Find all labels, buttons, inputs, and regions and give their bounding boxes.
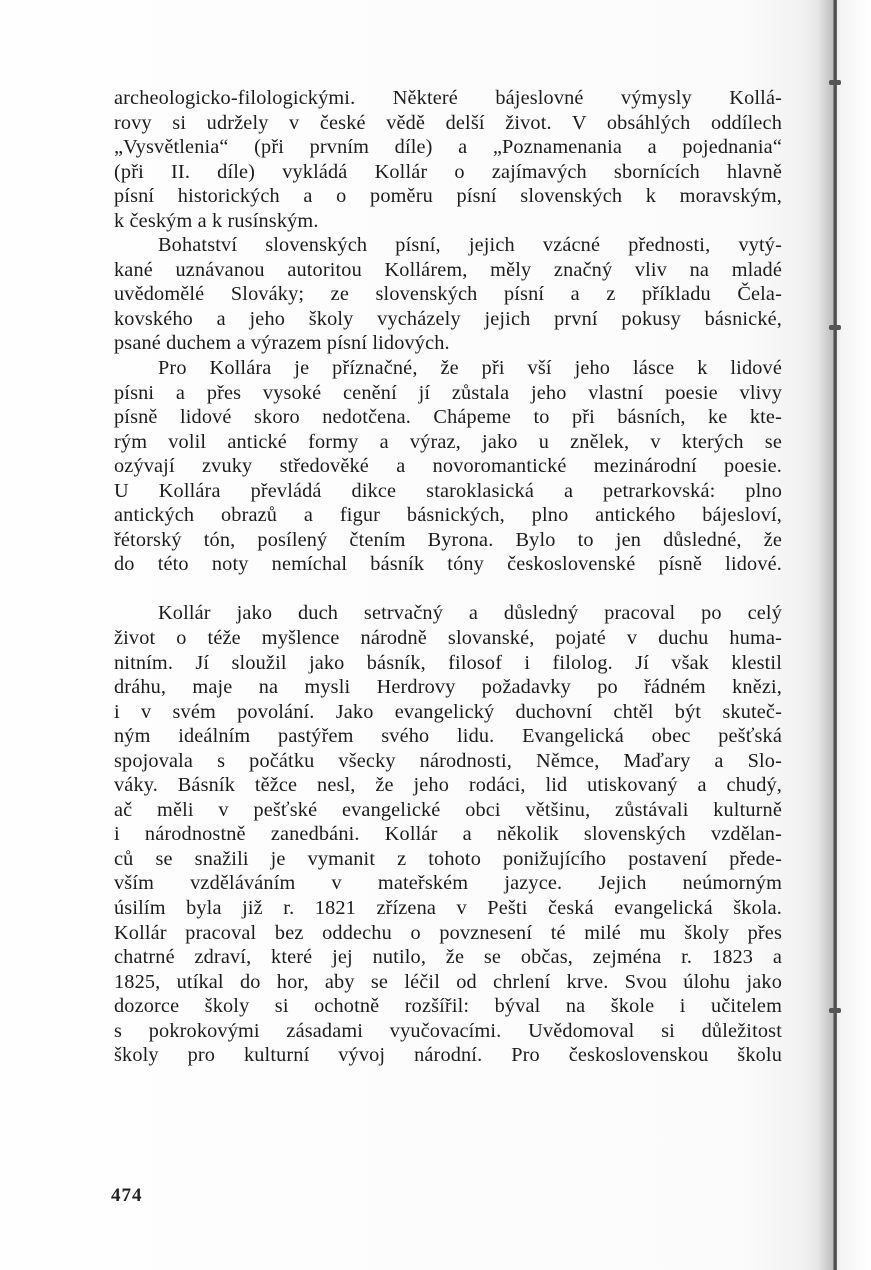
paragraph-4: Kollár jako duch setrvačný a důsledný pr… xyxy=(114,601,782,1067)
text-line: (při II. díle) vykládá Kollár o zajímavý… xyxy=(114,160,782,185)
binding-stitch xyxy=(829,325,841,330)
text-line: chatrné zdraví, které jej nutilo, že se … xyxy=(114,945,782,970)
text-line: úsilím byla již r. 1821 zřízena v Pešti … xyxy=(114,896,782,921)
binding-shadow xyxy=(818,0,834,1270)
text-line: vším vzděláváním v mateřském jazyce. Jej… xyxy=(114,871,782,896)
text-line: kané uznávanou autoritou Kollárem, měly … xyxy=(114,258,782,283)
text-line: Bohatství slovenských písní, jejich vzác… xyxy=(114,233,782,258)
section-gap xyxy=(114,577,782,602)
text-line: rým volil antické formy a výraz, jako u … xyxy=(114,430,782,455)
text-line: písní historických a o poměru písní slov… xyxy=(114,184,782,209)
text-line: písně lidové skoro nedotčena. Chápeme to… xyxy=(114,405,782,430)
text-line: písni a přes vysoké cenění jí zůstala je… xyxy=(114,381,782,406)
text-line: ač měli v pešťské evangelické obci větši… xyxy=(114,798,782,823)
text-line: antických obrazů a figur básnických, pln… xyxy=(114,503,782,528)
text-line: do této noty nemíchal básník tóny českos… xyxy=(114,552,782,577)
text-line: U Kollára převládá dikce staroklasická a… xyxy=(114,479,782,504)
text-line: Pro Kollára je příznačné, že při vší jeh… xyxy=(114,356,782,381)
text-line: archeologicko-filologickými. Některé báj… xyxy=(114,86,782,111)
text-line: Kollár jako duch setrvačný a důsledný pr… xyxy=(114,601,782,626)
text-line: ným ideálním pastýřem svého lidu. Evange… xyxy=(114,724,782,749)
text-line: školy pro kulturní vývoj národní. Pro če… xyxy=(114,1043,782,1068)
text-line: dráhu, maje na mysli Herdrovy požadavky … xyxy=(114,675,782,700)
binding-stitch xyxy=(829,80,841,85)
page-binding-edge xyxy=(833,0,837,1270)
body-text: archeologicko-filologickými. Některé báj… xyxy=(114,86,782,1068)
text-line: psané duchem a výrazem písní lidových. xyxy=(114,331,782,356)
page-number: 474 xyxy=(111,1185,143,1207)
text-line: život o téže myšlence národně slovanské,… xyxy=(114,626,782,651)
text-line: nitním. Jí sloužil jako básník, filosof … xyxy=(114,651,782,676)
text-line: s pokrokovými zásadami vyučovacími. Uvěd… xyxy=(114,1019,782,1044)
text-line: „Vysvětlenia“ (při prvním díle) a „Pozna… xyxy=(114,135,782,160)
paragraph-3: Pro Kollára je příznačné, že při vší jeh… xyxy=(114,356,782,577)
text-line: Kollár pracoval bez oddechu o povznesení… xyxy=(114,921,782,946)
text-line: dozorce školy si ochotně rozšířil: býval… xyxy=(114,994,782,1019)
text-line: váky. Básník těžce nesl, že jeho rodáci,… xyxy=(114,773,782,798)
book-page: archeologicko-filologickými. Některé báj… xyxy=(0,0,871,1270)
text-line: 1825, utíkal do hor, aby se léčil od chr… xyxy=(114,970,782,995)
text-line: ců se snažili je vymanit z tohoto ponižu… xyxy=(114,847,782,872)
text-line: rovy si udržely v české vědě delší život… xyxy=(114,111,782,136)
text-line: uvědomělé Slováky; ze slovenských písní … xyxy=(114,282,782,307)
text-line: řétorský tón, posílený čtením Byrona. By… xyxy=(114,528,782,553)
text-line: i v svém povolání. Jako evangelický duch… xyxy=(114,700,782,725)
text-line: spojovala s počátku všecky národnosti, N… xyxy=(114,749,782,774)
binding-stitch xyxy=(829,1008,841,1013)
text-line: ozývají zvuky středověké a novoromantick… xyxy=(114,454,782,479)
text-line: i národnostně zanedbáni. Kollár a několi… xyxy=(114,822,782,847)
text-line: k českým a k rusínským. xyxy=(114,209,782,234)
text-line: kovského a jeho školy vycházely jejich p… xyxy=(114,307,782,332)
paragraph-2: Bohatství slovenských písní, jejich vzác… xyxy=(114,233,782,356)
paragraph-1: archeologicko-filologickými. Některé báj… xyxy=(114,86,782,233)
